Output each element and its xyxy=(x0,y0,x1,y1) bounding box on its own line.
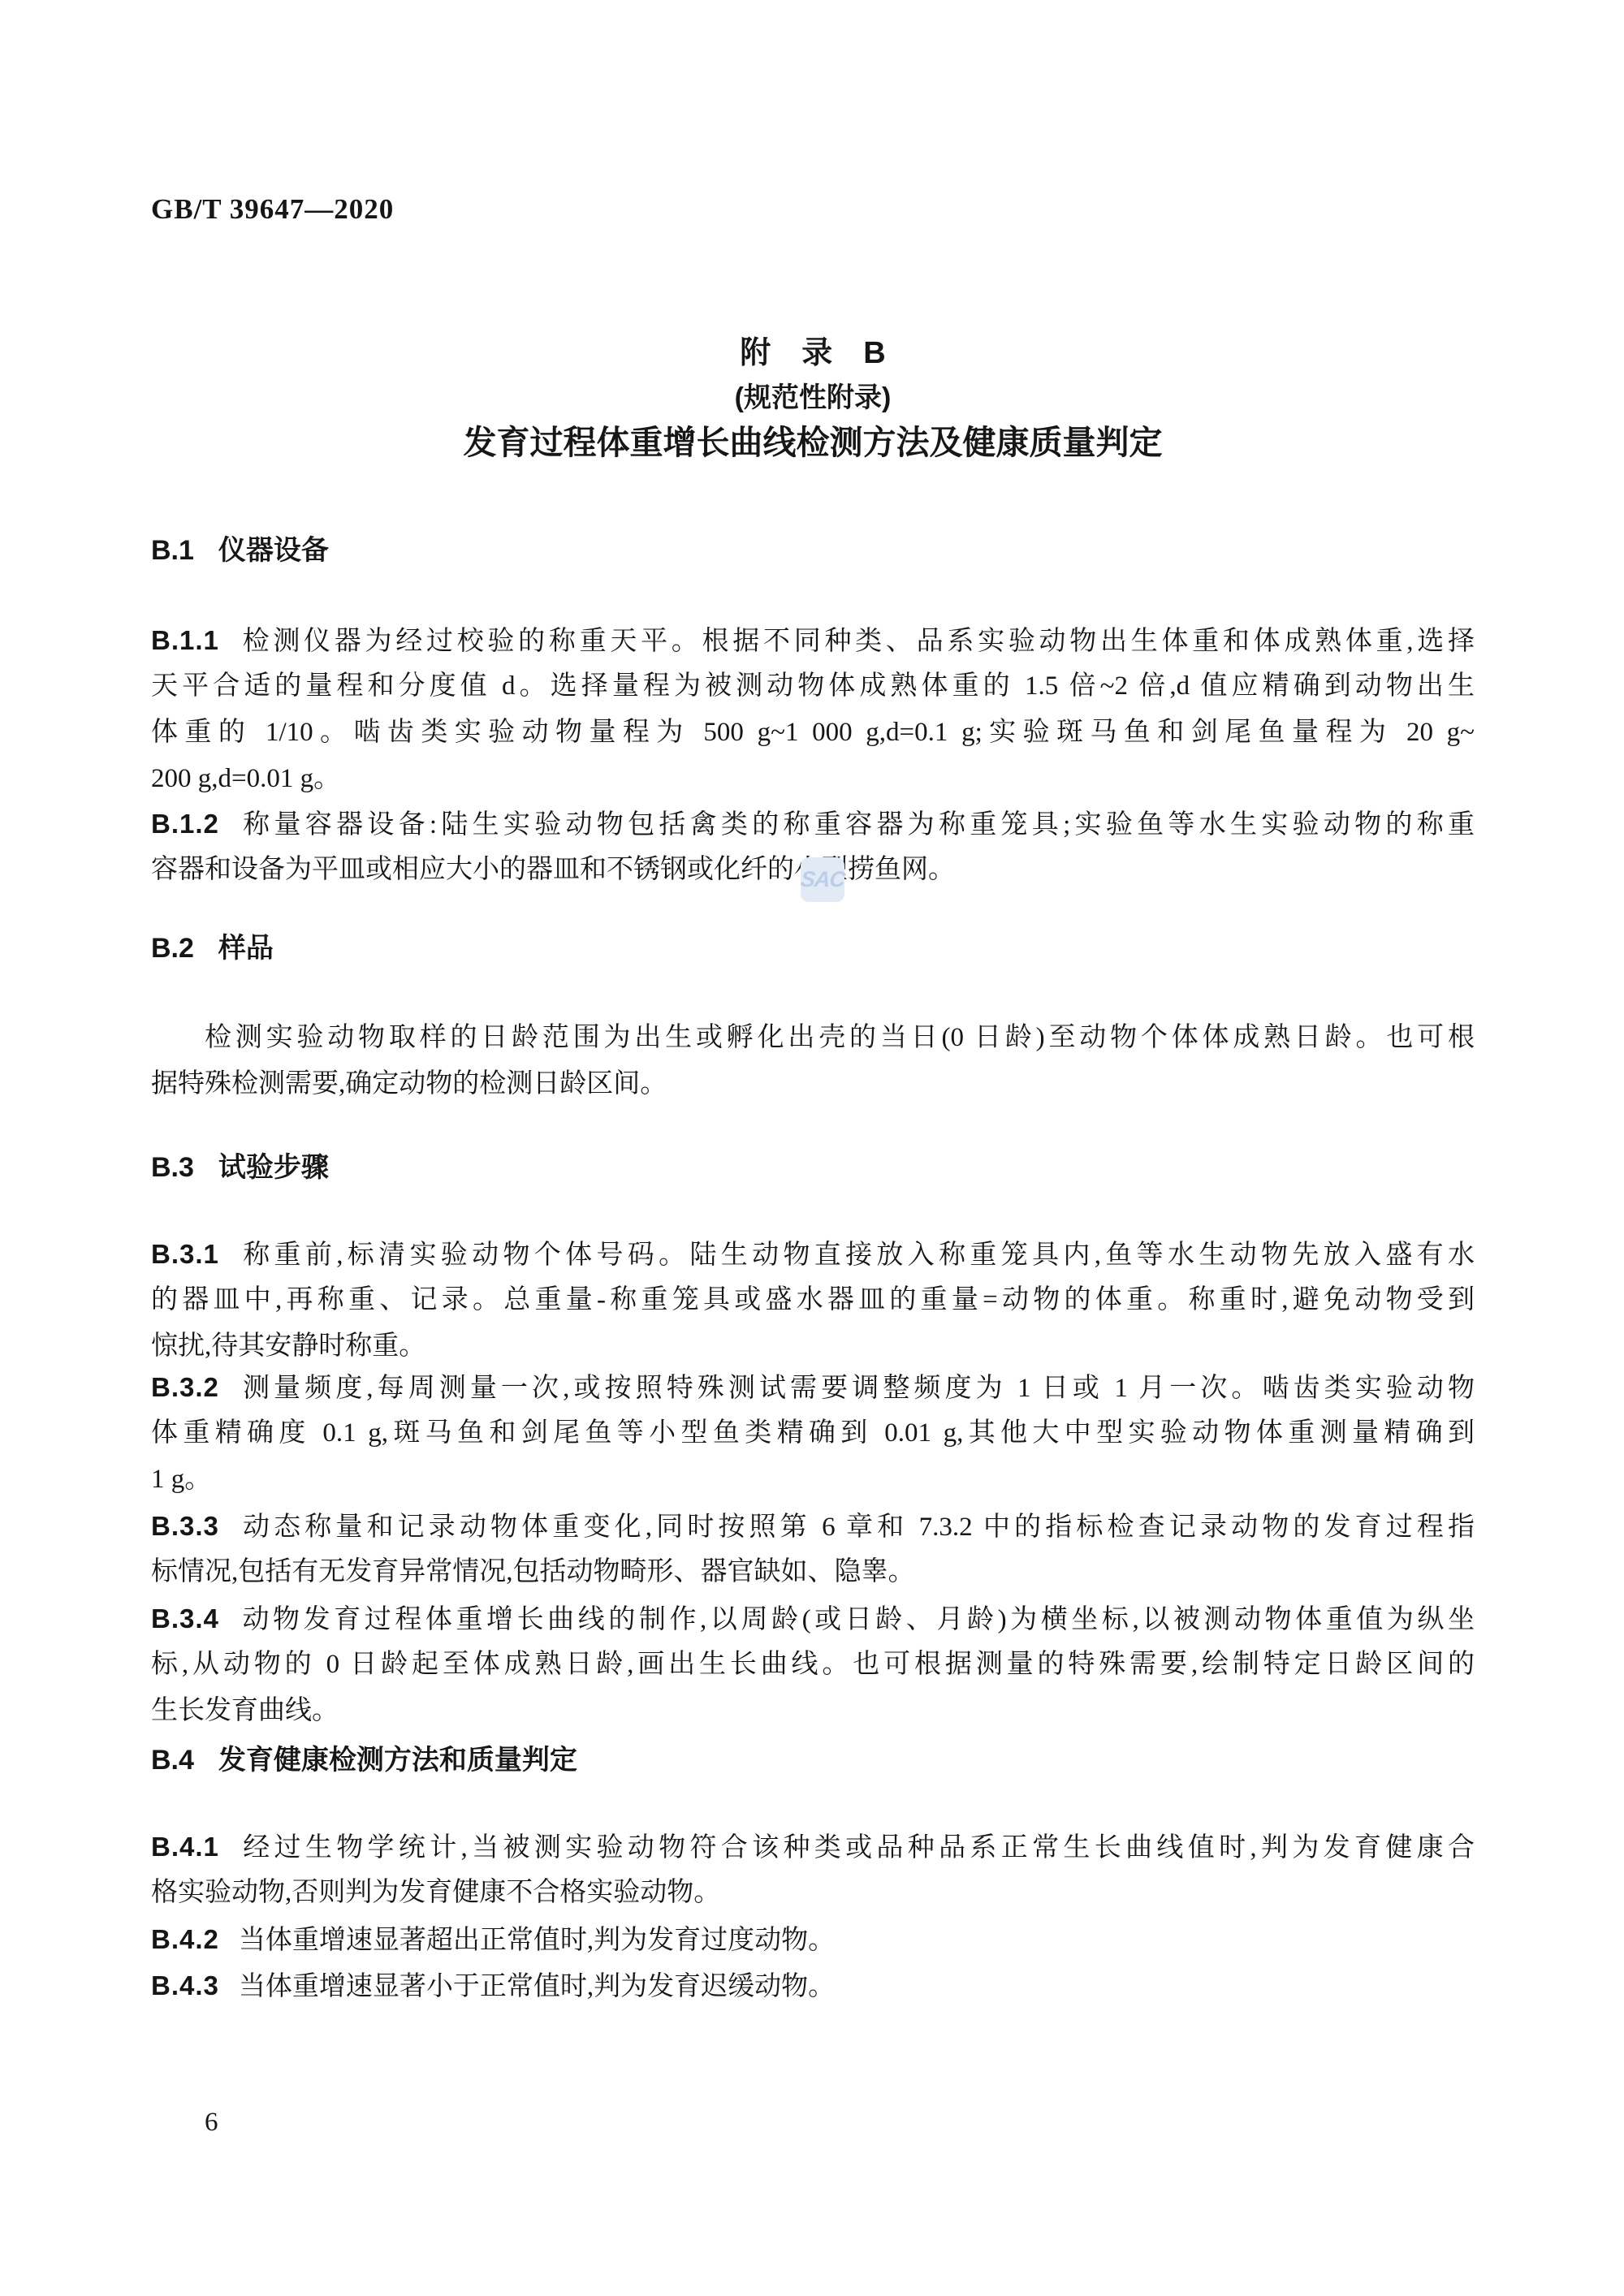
text-line: 标情况,包括有无发育异常情况,包括动物畸形、器官缺如、隐睾。 xyxy=(151,1549,1475,1595)
section-title: 试验步骤 xyxy=(218,1152,329,1183)
text-line: B.3.1称重前,标清实验动物个体号码。陆生动物直接放入称重笼具内,鱼等水生动物… xyxy=(151,1231,1475,1277)
clause-number: B.3.2 xyxy=(151,1372,219,1402)
clause-b42: B.4.2当体重增速显著超出正常值时,判为发育过度动物。 xyxy=(151,1916,1475,1962)
section-number: B.1 xyxy=(151,535,194,566)
clause-b11: B.1.1检测仪器为经过校验的称重天平。根据不同种类、品系实验动物出生体重和体成… xyxy=(151,617,1475,802)
clause-number: B.3.3 xyxy=(151,1511,219,1541)
text-line: B.4.2当体重增速显著超出正常值时,判为发育过度动物。 xyxy=(151,1916,1475,1962)
text-line: B.1.1检测仪器为经过校验的称重天平。根据不同种类、品系实验动物出生体重和体成… xyxy=(151,617,1475,663)
text-line: 标,从动物的 0 日龄起至体成熟日龄,画出生长曲线。也可根据测量的特殊需要,绘制… xyxy=(151,1642,1475,1688)
section-heading-b3: B.3试验步骤 xyxy=(151,1145,1475,1185)
text-line: B.3.3动态称量和记录动物体重变化,同时按照第 6 章和 7.3.2 中的指标… xyxy=(151,1503,1475,1549)
clause-number: B.4.3 xyxy=(151,1970,219,2000)
text-line: 生长发育曲线。 xyxy=(151,1688,1475,1734)
clause-b33: B.3.3动态称量和记录动物体重变化,同时按照第 6 章和 7.3.2 中的指标… xyxy=(151,1503,1475,1595)
text-line: B.1.2称量容器设备:陆生实验动物包括禽类的称重容器为称重笼具;实验鱼等水生实… xyxy=(151,801,1475,847)
sac-watermark-logo: SAC xyxy=(801,857,844,902)
clause-b43: B.4.3当体重增速显著小于正常值时,判为发育迟缓动物。 xyxy=(151,1962,1475,2009)
clause-number: B.1.2 xyxy=(151,809,219,839)
text-line: 体重精确度 0.1 g,斑马鱼和剑尾鱼等小型鱼类精确到 0.01 g,其他大中型… xyxy=(151,1410,1475,1457)
text-line: B.3.4动物发育过程体重增长曲线的制作,以周龄(或日龄、月龄)为横坐标,以被测… xyxy=(151,1595,1475,1642)
text-line: 1 g。 xyxy=(151,1457,1475,1503)
appendix-title: 发育过程体重增长曲线检测方法及健康质量判定 xyxy=(151,416,1475,464)
section-heading-b1: B.1仪器设备 xyxy=(151,528,1475,568)
clause-number: B.4.1 xyxy=(151,1832,219,1862)
text-line: 的器皿中,再称重、记录。总重量-称重笼具或盛水器皿的重量=动物的体重。称重时,避… xyxy=(151,1277,1475,1323)
text-line: 检测实验动物取样的日龄范围为出生或孵化出壳的当日(0 日龄)至动物个体体成熟日龄… xyxy=(151,1015,1475,1061)
clause-number: B.4.2 xyxy=(151,1924,219,1954)
section-heading-b2: B.2样品 xyxy=(151,926,1475,965)
section-number: B.4 xyxy=(151,1745,194,1776)
section-title: 仪器设备 xyxy=(218,535,329,566)
section-title: 发育健康检测方法和质量判定 xyxy=(218,1745,577,1776)
section-title: 样品 xyxy=(218,933,274,964)
clause-b32: B.3.2测量频度,每周测量一次,或按照特殊测试需要调整频度为 1 日或 1 月… xyxy=(151,1364,1475,1503)
clause-b31: B.3.1称重前,标清实验动物个体号码。陆生动物直接放入称重笼具内,鱼等水生动物… xyxy=(151,1231,1475,1370)
sac-watermark-text: SAC xyxy=(799,867,845,892)
text-line: 天平合适的量程和分度值 d。选择量程为被测动物体成熟体重的 1.5 倍~2 倍,… xyxy=(151,663,1475,710)
clause-b41: B.4.1经过生物学统计,当被测实验动物符合该种类或品种品系正常生长曲线值时,判… xyxy=(151,1823,1475,1916)
standard-number-header: GB/T 39647—2020 xyxy=(151,193,394,226)
section-heading-b4: B.4发育健康检测方法和质量判定 xyxy=(151,1737,1475,1777)
page-number: 6 xyxy=(205,2108,218,2138)
text-line: 据特殊检测需要,确定动物的检测日龄区间。 xyxy=(151,1061,1475,1107)
text-line: 惊扰,待其安静时称重。 xyxy=(151,1323,1475,1370)
text-line: 体重的 1/10。啮齿类实验动物量程为 500 g~1 000 g,d=0.1 … xyxy=(151,710,1475,756)
clause-b2-text: 检测实验动物取样的日龄范围为出生或孵化出壳的当日(0 日龄)至动物个体体成熟日龄… xyxy=(151,1015,1475,1107)
text-line: 格实验动物,否则判为发育健康不合格实验动物。 xyxy=(151,1870,1475,1916)
section-number: B.3 xyxy=(151,1152,194,1183)
appendix-subtitle: (规范性附录) xyxy=(151,375,1475,415)
text-line: B.4.1经过生物学统计,当被测实验动物符合该种类或品种品系正常生长曲线值时,判… xyxy=(151,1823,1475,1870)
text-line: 200 g,d=0.01 g。 xyxy=(151,756,1475,802)
clause-number: B.1.1 xyxy=(151,625,219,655)
clause-number: B.3.1 xyxy=(151,1239,219,1269)
document-page: GB/T 39647—2020 附 录 B (规范性附录) 发育过程体重增长曲线… xyxy=(0,0,1624,2296)
text-line: B.4.3当体重增速显著小于正常值时,判为发育迟缓动物。 xyxy=(151,1962,1475,2009)
clause-number: B.3.4 xyxy=(151,1603,219,1634)
appendix-label: 附 录 B xyxy=(151,327,1475,372)
text-line: B.3.2测量频度,每周测量一次,或按照特殊测试需要调整频度为 1 日或 1 月… xyxy=(151,1364,1475,1410)
section-number: B.2 xyxy=(151,933,194,964)
clause-b34: B.3.4动物发育过程体重增长曲线的制作,以周龄(或日龄、月龄)为横坐标,以被测… xyxy=(151,1595,1475,1734)
